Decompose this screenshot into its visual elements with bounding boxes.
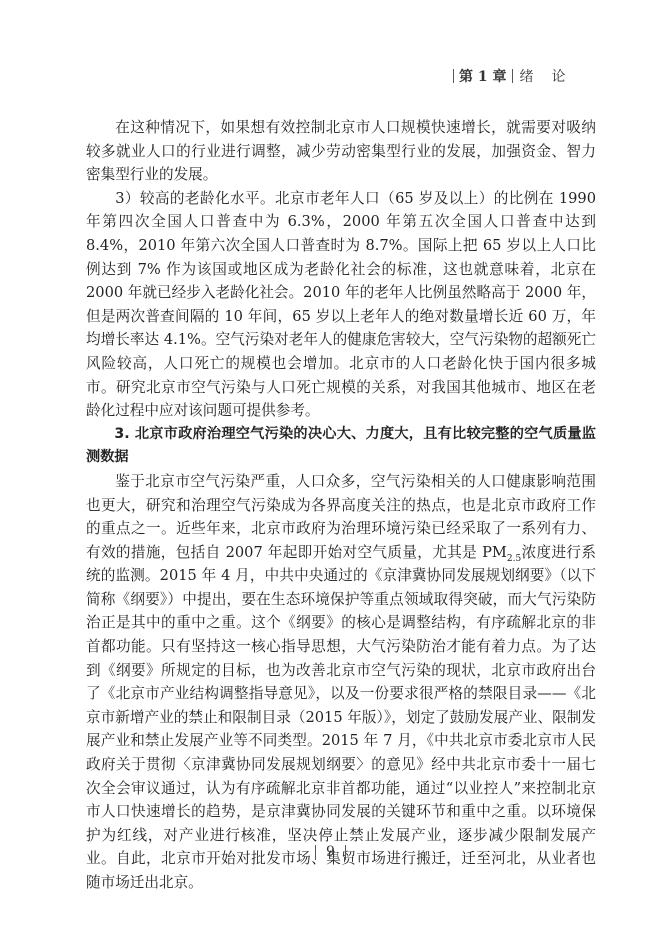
- paragraph-text: 浓度进行系统的监测。2015 年 4 月，中共中央通过的《京津冀协同发展规划纲要…: [86, 544, 596, 891]
- paragraph: 3）较高的老龄化水平。北京市老年人口（65 岁及以上）的比例在 1990 年第四…: [86, 187, 596, 423]
- pm-subscript: 2.5: [507, 554, 521, 564]
- section-heading: 3. 北京市政府治理空气污染的决心大、力度大，且有比较完整的空气质量监测数据: [86, 423, 596, 470]
- footer-divider: [345, 845, 346, 860]
- running-header: 第 1 章 绪论: [448, 66, 584, 86]
- header-divider: [512, 69, 513, 83]
- chapter-label: 第 1 章: [459, 66, 507, 86]
- paragraph: 在这种情况下，如果想有效控制北京市人口规模快速增长，就需要对吸纳较多就业人口的行…: [86, 116, 596, 187]
- document-page: 第 1 章 绪论 在这种情况下，如果想有效控制北京市人口规模快速增长，就需要对吸…: [0, 0, 661, 925]
- body-text: 在这种情况下，如果想有效控制北京市人口规模快速增长，就需要对吸纳较多就业人口的行…: [86, 116, 596, 895]
- page-number: 9: [326, 844, 335, 860]
- paragraph-text: 鉴于北京市空气污染严重，人口众多，空气污染相关的人口健康影响范围也更大，研究和治…: [86, 473, 596, 561]
- header-divider: [453, 69, 454, 83]
- paragraph: 鉴于北京市空气污染严重，人口众多，空气污染相关的人口健康影响范围也更大，研究和治…: [86, 470, 596, 895]
- chapter-title: 绪论: [520, 66, 584, 86]
- page-footer: 9: [0, 844, 661, 860]
- footer-divider: [315, 845, 316, 860]
